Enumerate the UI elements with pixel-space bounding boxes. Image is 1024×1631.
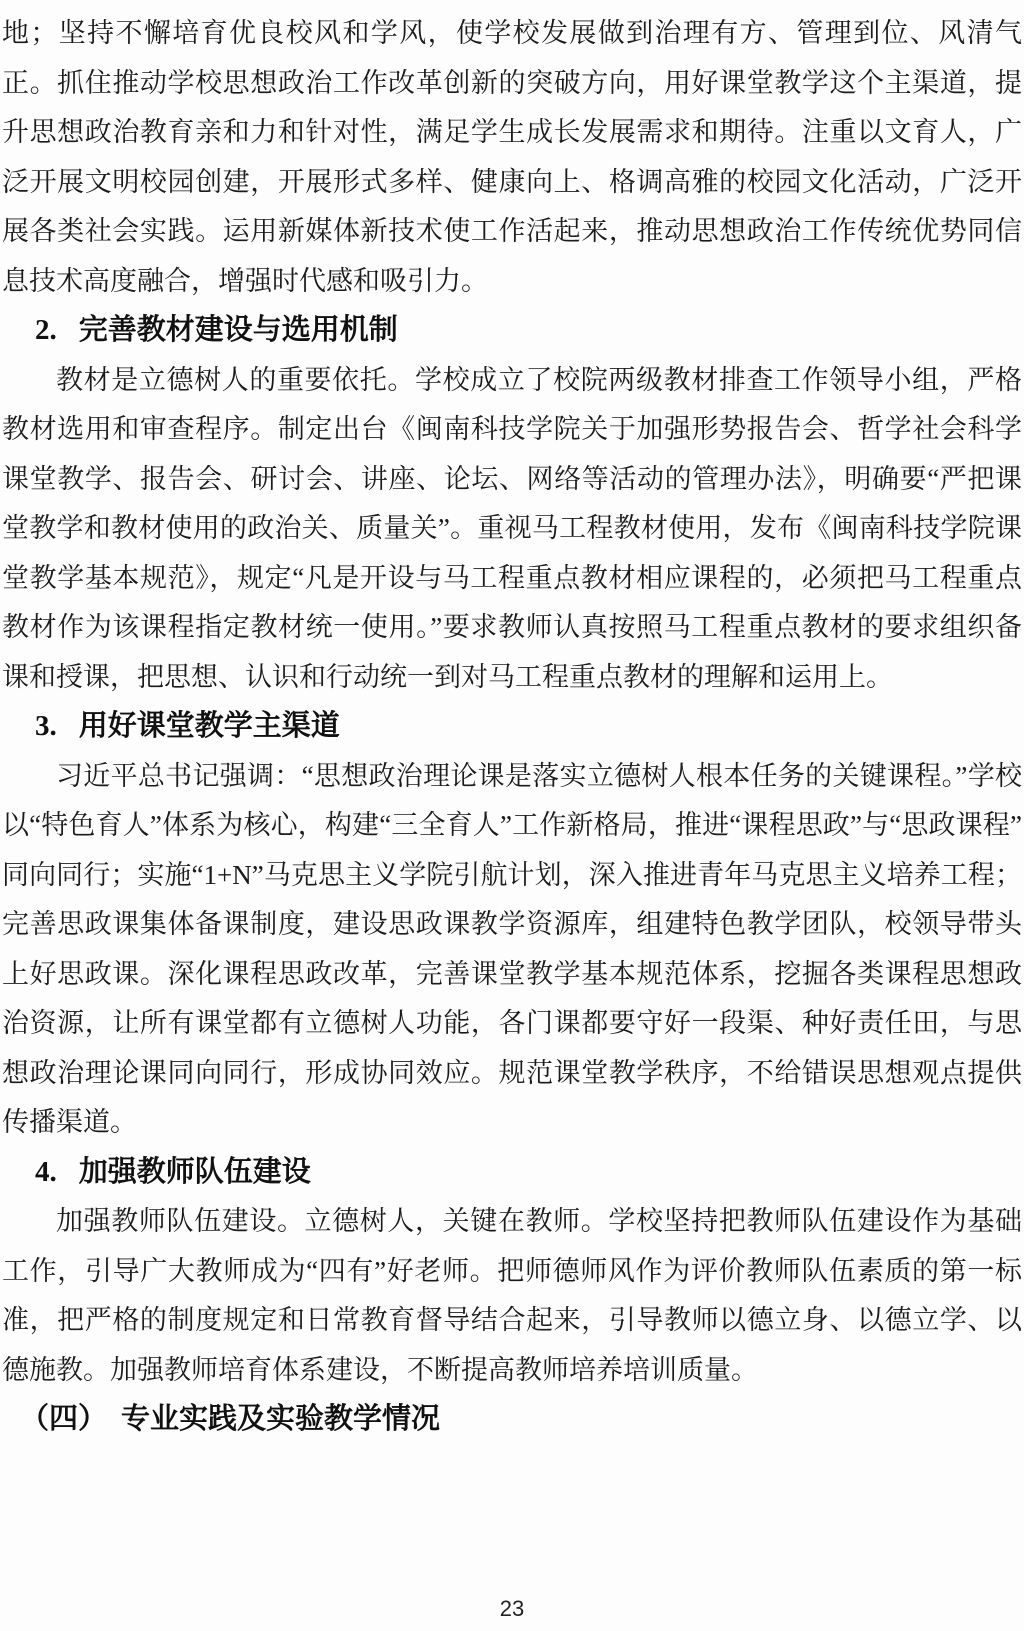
heading-text: 完善教材建设与选用机制 (79, 314, 398, 346)
body-paragraph-continuation: 地；坚持不懈培育优良校风和学风，使学校发展做到治理有方、管理到位、风清气正。抓住… (2, 9, 1022, 306)
page-footer: 23 (0, 1596, 1024, 1622)
page-number: 23 (500, 1596, 524, 1621)
section-heading-si: （四）专业实践及实验教学情况 (2, 1395, 1022, 1445)
document-page: 地；坚持不懈培育优良校风和学风，使学校发展做到治理有方、管理到位、风清气正。抓住… (0, 0, 1024, 1631)
section-heading-4: 4.加强教师队伍建设 (2, 1148, 1022, 1198)
heading-number: 3. (35, 702, 57, 752)
heading-number: （四） (20, 1395, 107, 1445)
heading-text: 专业实践及实验教学情况 (121, 1403, 440, 1435)
heading-text: 加强教师队伍建设 (79, 1156, 311, 1188)
document-body: 地；坚持不懈培育优良校风和学风，使学校发展做到治理有方、管理到位、风清气正。抓住… (0, 0, 1024, 1445)
heading-text: 用好课堂教学主渠道 (79, 710, 340, 742)
heading-number: 2. (35, 306, 57, 356)
body-paragraph-classroom-teaching: 习近平总书记强调：“思想政治理论课是落实立德树人根本任务的关键课程。”学校以“特… (2, 752, 1022, 1148)
body-paragraph-textbooks: 教材是立德树人的重要依托。学校成立了校院两级教材排查工作领导小组，严格教材选用和… (2, 356, 1022, 703)
section-heading-3: 3.用好课堂教学主渠道 (2, 702, 1022, 752)
body-paragraph-teacher-team: 加强教师队伍建设。立德树人，关键在教师。学校坚持把教师队伍建设作为基础工作，引导… (2, 1197, 1022, 1395)
section-heading-2: 2.完善教材建设与选用机制 (2, 306, 1022, 356)
heading-number: 4. (35, 1148, 57, 1198)
